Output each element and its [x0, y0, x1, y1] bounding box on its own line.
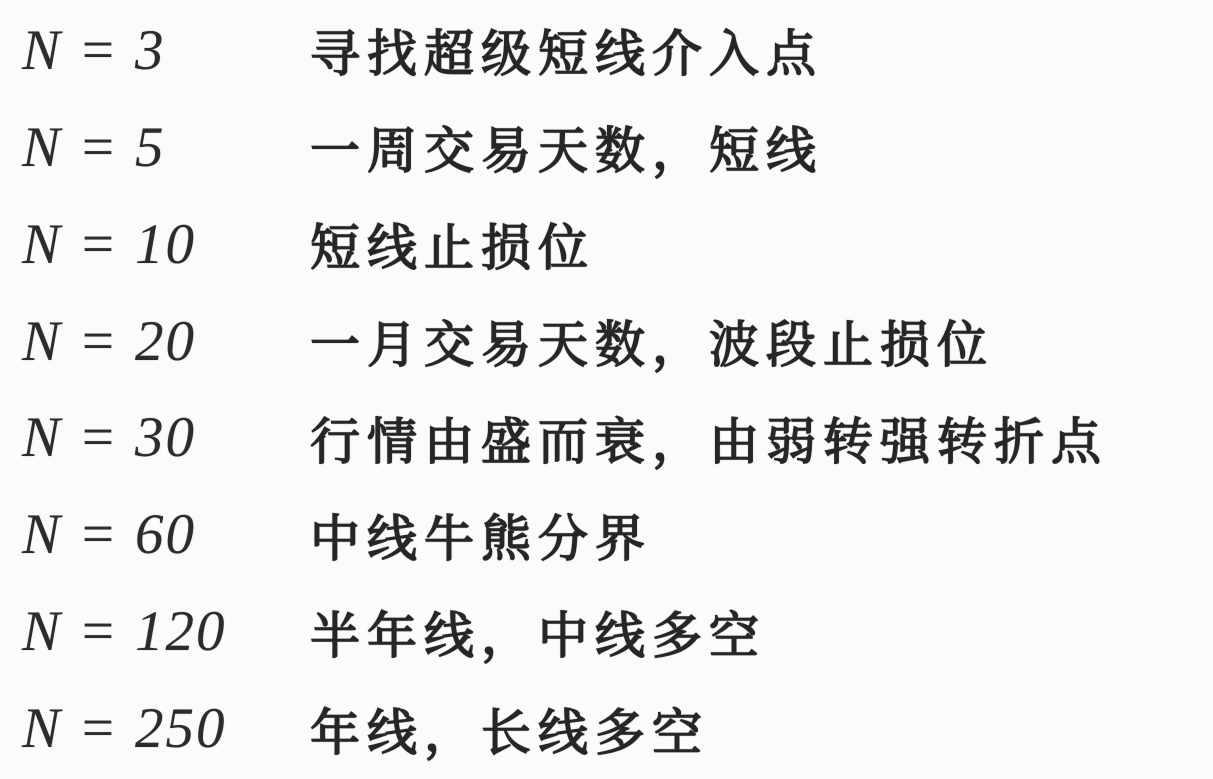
n-value-label: N = 120 [0, 599, 310, 664]
n-description: 年线，长线多空 [310, 693, 709, 765]
document-page: N = 3 寻找超级短线介入点 N = 5 一周交易天数，短线 N = 10 短… [0, 0, 1213, 779]
n-value-row: N = 120 半年线，中线多空 [0, 583, 1213, 680]
n-value-label: N = 10 [0, 212, 310, 277]
n-description: 半年线，中线多空 [310, 596, 766, 668]
n-value-row: N = 250 年线，长线多空 [0, 680, 1213, 777]
n-value-row: N = 10 短线止损位 [0, 196, 1213, 293]
n-value-row: N = 30 行情由盛而衰，由弱转强转折点 [0, 390, 1213, 487]
n-description: 寻找超级短线介入点 [310, 14, 823, 86]
n-value-label: N = 20 [0, 309, 310, 374]
n-value-row: N = 5 一周交易天数，短线 [0, 99, 1213, 196]
n-value-row: N = 60 中线牛熊分界 [0, 486, 1213, 583]
n-value-label: N = 30 [0, 405, 310, 470]
n-description: 中线牛熊分界 [310, 499, 652, 571]
n-value-label: N = 60 [0, 502, 310, 567]
n-description: 一月交易天数，波段止损位 [310, 305, 994, 377]
n-description: 行情由盛而衰，由弱转强转折点 [310, 402, 1108, 474]
n-description: 短线止损位 [310, 208, 595, 280]
n-description: 一周交易天数，短线 [310, 111, 823, 183]
n-value-label: N = 250 [0, 696, 310, 761]
n-value-row: N = 20 一月交易天数，波段止损位 [0, 293, 1213, 390]
n-value-label: N = 3 [0, 18, 310, 83]
n-value-row: N = 3 寻找超级短线介入点 [0, 2, 1213, 99]
n-value-label: N = 5 [0, 115, 310, 180]
